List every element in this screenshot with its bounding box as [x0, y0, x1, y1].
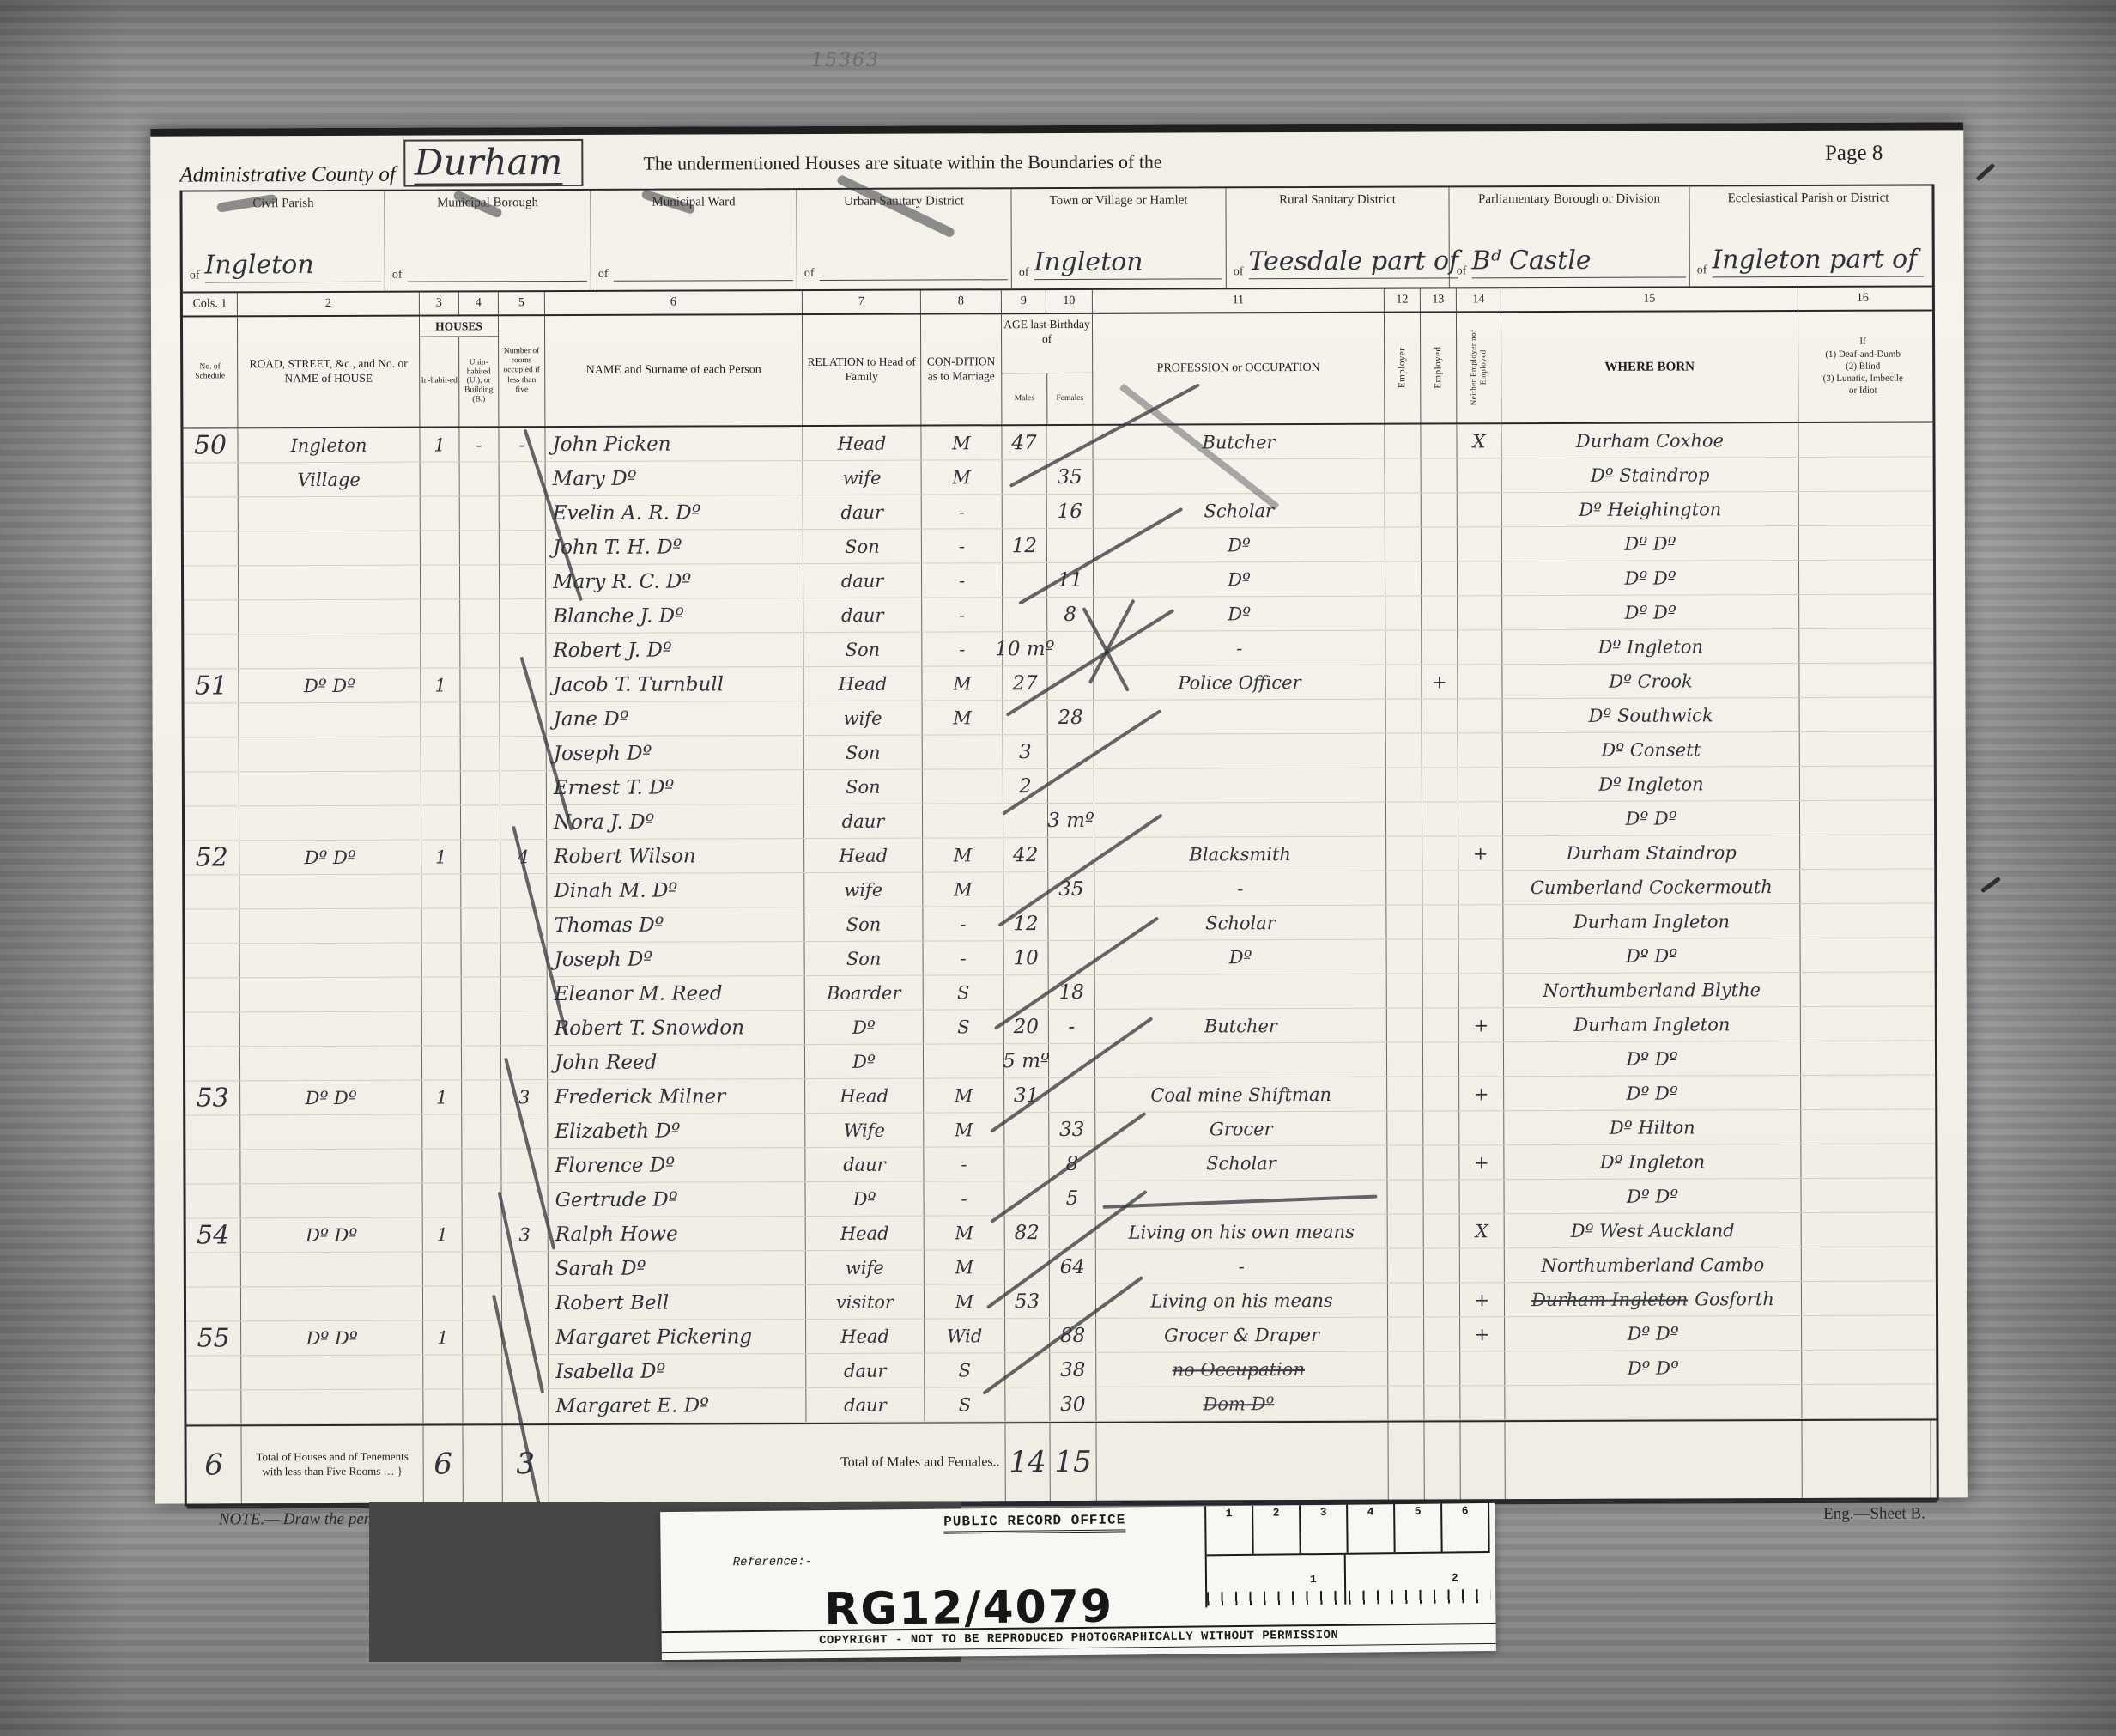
cell-name: Isabella Dº	[549, 1354, 806, 1388]
cell-employed	[1421, 424, 1457, 458]
cell-inhabited: 1	[421, 668, 460, 701]
cell-relation: Head	[805, 1079, 924, 1113]
table-row: Ernest T. Dº Son 2 Dº Ingleton	[185, 766, 1934, 806]
cell-inhabited: 1	[420, 428, 459, 461]
cell-condition: -	[922, 495, 1003, 528]
cell-employer	[1387, 1043, 1423, 1077]
cell-road	[239, 875, 421, 909]
cell-neither	[1458, 458, 1502, 492]
district-municipal-borough: Municipal Borough of	[385, 191, 591, 291]
cell-road	[239, 737, 421, 772]
cell-employed	[1423, 939, 1459, 973]
cell-neither	[1458, 561, 1502, 595]
cell-uninhabited	[461, 908, 500, 942]
cell-relation: wife	[803, 461, 922, 495]
cell-rooms	[501, 1149, 548, 1182]
header-infirmities: If (1) Deaf-and-Dumb (2) Blind (3) Lunat…	[1798, 311, 1927, 422]
cell-condition: M	[923, 838, 1003, 871]
cell-employed	[1422, 802, 1458, 835]
cell-where-born: Dº Dº	[1502, 561, 1799, 595]
cell-neither	[1459, 1111, 1504, 1144]
cell-employed	[1422, 905, 1458, 938]
cell-name: Ernest T. Dº	[547, 770, 804, 804]
cell-where-born: Dº Dº	[1505, 1316, 1802, 1351]
header-road: ROAD, STREET, &c., and No. or NAME of HO…	[238, 317, 420, 428]
cell-inhabited	[421, 599, 460, 633]
cell-employer	[1386, 734, 1422, 768]
cell-where-born	[1505, 1385, 1802, 1419]
cell-employed	[1424, 1351, 1460, 1385]
cell-where-born: Dº Hilton	[1504, 1110, 1801, 1144]
cell-employer	[1385, 597, 1422, 630]
form-head-row: Administrative County of Durham The unde…	[179, 134, 1934, 190]
cell-infirmity	[1798, 422, 1927, 457]
cell-relation: daur	[805, 1148, 924, 1181]
ruler-ticks	[1207, 1589, 1490, 1605]
cell-relation: Head	[806, 1217, 925, 1250]
cell-infirmity	[1800, 800, 1929, 835]
cell-infirmity	[1801, 1144, 1930, 1178]
cell-condition: -	[922, 529, 1003, 562]
cell-rooms: 3	[501, 1080, 548, 1114]
cell-inhabited	[423, 1252, 463, 1285]
district-label: Parliamentary Borough or Division	[1452, 191, 1685, 207]
cell-neither	[1458, 596, 1502, 629]
cell-uninhabited	[463, 1389, 502, 1423]
cell-inhabited	[423, 1286, 463, 1320]
cell-uninhabited	[460, 668, 500, 701]
cell-infirmity	[1799, 663, 1928, 697]
cell-employed	[1422, 836, 1458, 870]
cell-employed	[1422, 527, 1458, 561]
cell-road	[240, 978, 422, 1012]
cell-rooms	[502, 1389, 549, 1423]
cell-neither	[1458, 802, 1503, 835]
cell-where-born: Dº Dº	[1502, 526, 1799, 561]
cell-inhabited	[421, 874, 461, 907]
table-body: 50 Ingleton 1 - - John Picken Head M 47 …	[183, 422, 1936, 1424]
sheet-reference: Eng.—Sheet B.	[1823, 1504, 1925, 1523]
cell-condition: -	[922, 632, 1003, 665]
cell-condition: M	[924, 1078, 1004, 1112]
district-rural-sanitary: Rural Sanitary District ofTeesdale part …	[1226, 187, 1449, 288]
table-row: John T. H. Dº Son - 12 Dº Dº Dº	[184, 525, 1933, 566]
cell-schedule	[184, 531, 239, 565]
cell-condition: -	[924, 1181, 1004, 1215]
boundary-statement: The undermentioned Houses are situate wi…	[643, 137, 1161, 175]
cell-neither	[1458, 768, 1503, 801]
of-label: of	[804, 267, 815, 281]
cell-relation: Dº	[805, 1045, 924, 1078]
cell-condition: M	[922, 666, 1003, 700]
cell-relation: Dº	[805, 1011, 924, 1044]
cell-relation: Son	[805, 942, 924, 975]
header-employed: Employed	[1433, 347, 1445, 389]
cell-road: Ingleton	[238, 428, 420, 463]
cell-relation: daur	[803, 564, 922, 598]
cell-occupation: Police Officer	[1094, 665, 1385, 700]
cell-occupation: Butcher	[1093, 425, 1385, 459]
cell-road	[239, 600, 421, 634]
cell-employed	[1423, 1180, 1459, 1213]
cell-condition: -	[922, 598, 1003, 631]
cell-name: Margaret E. Dº	[549, 1388, 806, 1423]
cell-uninhabited	[460, 462, 500, 495]
cell-infirmity	[1800, 903, 1929, 938]
cell-where-born: Durham IngletonGosforth	[1505, 1282, 1802, 1316]
cell-employed: +	[1422, 665, 1458, 698]
cell-condition: M	[921, 426, 1002, 459]
cell-age-female	[1047, 632, 1094, 665]
cell-road: Dº Dº	[239, 841, 421, 875]
cell-occupation: -	[1094, 631, 1385, 665]
of-label: of	[598, 268, 609, 282]
district-civil-parish: Civil Parish ofIngleton	[182, 191, 385, 292]
cell-age-female: -	[1049, 1010, 1095, 1043]
cell-employer	[1387, 1009, 1423, 1042]
totals-row: 6 Total of Houses and of Tenements with …	[186, 1418, 1936, 1503]
header-houses-group: HOUSES In-habit-ed Unin-habited (U.), or…	[420, 316, 499, 426]
cell-uninhabited	[461, 737, 500, 770]
cell-road	[240, 1012, 422, 1047]
cell-where-born: Northumberland Cambo	[1505, 1247, 1802, 1282]
cell-schedule	[185, 1115, 240, 1149]
cell-where-born: Dº Dº	[1504, 1041, 1801, 1076]
reference-label: Reference:-	[733, 1555, 813, 1569]
header-inhabited: In-habit-ed	[420, 337, 459, 426]
table-row: Eleanor M. Reed Boarder S 18 Northumberl…	[185, 972, 1935, 1012]
of-label: of	[1457, 264, 1467, 278]
cell-where-born: Dº Crook	[1502, 664, 1799, 698]
header-rooms: Number of rooms occupied if less than fi…	[499, 316, 545, 426]
cell-uninhabited	[462, 1114, 501, 1148]
cell-infirmity	[1802, 1212, 1931, 1247]
cell-relation: Son	[804, 770, 923, 804]
table-row: 52 Dº Dº 1 4 Robert Wilson Head M 42 Bla…	[185, 835, 1934, 875]
cell-age-female	[1048, 769, 1094, 803]
record-office-stamp: PUBLIC RECORD OFFICE Reference:- RG12/40…	[660, 1503, 1496, 1660]
cell-road: Dº Dº	[241, 1218, 423, 1253]
cell-name: John Picken	[545, 427, 803, 461]
cell-uninhabited	[461, 702, 500, 736]
cell-schedule	[186, 1390, 241, 1423]
header-schedule: No. of Schedule	[183, 317, 238, 427]
district-label: Ecclesiastical Parish or District	[1693, 191, 1923, 206]
cell-employed	[1424, 1283, 1460, 1316]
cell-employer	[1386, 837, 1422, 871]
cell-uninhabited	[462, 977, 501, 1011]
cell-condition: -	[923, 907, 1003, 940]
cell-employer	[1386, 803, 1422, 836]
cell-age-female: 18	[1049, 975, 1095, 1009]
district-value: Ingleton	[1034, 249, 1222, 280]
header-occupation: PROFESSION or OCCUPATION	[1093, 313, 1385, 424]
table-row: Robert Bell visitor M 53 Living on his m…	[186, 1281, 1936, 1321]
cell-occupation: Dº	[1094, 597, 1385, 631]
cell-age-female: 88	[1050, 1319, 1096, 1352]
cell-relation: wife	[804, 873, 923, 907]
cell-age-male: 3	[1003, 735, 1048, 768]
cell-uninhabited	[461, 771, 500, 804]
cell-schedule	[185, 909, 239, 943]
totals-uninhabited	[463, 1425, 502, 1502]
cell-relation: Dº	[805, 1182, 924, 1216]
cell-employer	[1385, 459, 1422, 493]
district-value	[819, 250, 1007, 281]
cell-relation: Head	[803, 667, 922, 701]
cell-inhabited	[422, 1114, 462, 1148]
cell-schedule	[184, 497, 239, 531]
table-row: Dinah M. Dº wife M 35 - Cumberland Cocke…	[185, 869, 1934, 909]
cell-road	[239, 634, 421, 669]
cell-employed	[1422, 871, 1458, 904]
cell-occupation: Grocer & Draper	[1096, 1318, 1388, 1352]
cell-where-born: Dº Ingleton	[1504, 1144, 1801, 1179]
of-label: of	[1697, 264, 1707, 277]
cell-rooms	[500, 565, 546, 598]
cell-name: Robert J. Dº	[546, 633, 803, 667]
cell-name: Thomas Dº	[547, 907, 804, 942]
cell-rooms	[501, 977, 548, 1011]
cell-neither	[1460, 1386, 1505, 1419]
cell-name: Robert Bell	[549, 1285, 806, 1320]
cell-infirmity	[1800, 731, 1929, 766]
cell-condition: Wid	[925, 1319, 1005, 1352]
cell-age-male	[1004, 1147, 1049, 1181]
cell-where-born: Dº Dº	[1503, 801, 1800, 835]
cell-uninhabited	[462, 943, 501, 976]
cell-infirmity	[1802, 1384, 1931, 1418]
cell-where-born: Northumberland Blythe	[1504, 973, 1801, 1007]
cell-road	[240, 1150, 422, 1184]
cell-schedule	[184, 463, 239, 496]
cell-employer	[1387, 1112, 1423, 1145]
cell-neither	[1458, 493, 1502, 526]
cell-infirmity	[1802, 1281, 1931, 1315]
cell-age-male: 10	[1004, 941, 1049, 974]
cell-neither	[1458, 871, 1503, 904]
cell-name: Eleanor M. Reed	[548, 976, 805, 1011]
totals-houses-label: Total of Houses and of Tenements with le…	[241, 1426, 423, 1504]
cell-condition: M	[923, 701, 1003, 734]
cell-condition: M	[925, 1250, 1005, 1284]
cell-schedule: 54	[186, 1218, 241, 1252]
cell-where-born: Dº Dº	[1504, 938, 1801, 973]
table-row: Blanche J. Dº daur - 8 Dº Dº Dº	[184, 594, 1933, 634]
cell-employer	[1388, 1215, 1424, 1248]
cell-road: Dº Dº	[239, 669, 421, 703]
header-females: Females	[1047, 373, 1092, 424]
header-employer: Employer	[1397, 348, 1409, 388]
district-value: Bᵈ Castle	[1471, 247, 1685, 278]
cell-relation: Head	[804, 839, 923, 872]
cell-employer	[1385, 425, 1421, 458]
cell-neither: +	[1458, 836, 1503, 870]
table-header-row: No. of Schedule ROAD, STREET, &c., and N…	[183, 311, 1932, 428]
cell-uninhabited	[462, 1080, 501, 1114]
cell-schedule	[185, 875, 239, 908]
totals-males-females-label: Total of Males and Females..	[549, 1423, 1005, 1502]
district-header-row: Civil Parish ofIngleton Municipal Boroug…	[182, 185, 1931, 293]
cell-employed	[1422, 596, 1458, 629]
cell-name: Florence Dº	[548, 1148, 805, 1182]
cell-name: Margaret Pickering	[549, 1320, 806, 1354]
cell-employer	[1388, 1387, 1424, 1420]
cell-infirmity	[1799, 594, 1928, 628]
cell-name: John Reed	[548, 1045, 805, 1079]
cell-age-female: 30	[1050, 1387, 1096, 1421]
cell-relation: daur	[804, 804, 923, 838]
cell-road	[239, 497, 421, 531]
cell-uninhabited	[463, 1217, 502, 1251]
cell-employed	[1422, 561, 1458, 595]
cell-name: Frederick Milner	[548, 1079, 805, 1114]
cell-uninhabited	[460, 634, 500, 667]
totals-inhabited: 6	[423, 1425, 463, 1502]
cell-uninhabited	[462, 1011, 501, 1045]
cell-occupation: Scholar	[1094, 906, 1386, 940]
cell-employer	[1388, 1352, 1424, 1386]
cell-employer	[1385, 562, 1422, 596]
copyright-notice: COPYRIGHT - NOT TO BE REPRODUCED PHOTOGR…	[662, 1623, 1496, 1653]
cell-relation: Son	[803, 530, 922, 563]
cell-uninhabited	[461, 805, 500, 839]
cell-age-male: 12	[1003, 529, 1047, 562]
cell-neither: +	[1459, 1008, 1504, 1041]
cell-employed	[1423, 1077, 1459, 1110]
cell-age-female: 5	[1049, 1181, 1095, 1215]
cell-schedule: 52	[185, 841, 239, 874]
cell-age-female	[1048, 735, 1094, 768]
cell-road	[239, 703, 421, 737]
cell-employed	[1422, 699, 1458, 732]
cell-age-male: 47	[1002, 426, 1046, 459]
cell-inhabited	[421, 737, 461, 770]
cell-inhabited	[421, 462, 460, 495]
cell-relation: daur	[806, 1354, 925, 1387]
district-value	[613, 251, 792, 282]
cell-schedule	[185, 772, 239, 805]
cell-employer	[1386, 871, 1422, 905]
cell-infirmity	[1802, 1350, 1931, 1384]
cell-name: Mary Dº	[546, 461, 803, 495]
cell-neither	[1459, 939, 1504, 973]
cell-occupation: Dº	[1095, 940, 1387, 974]
cell-age-female: 3 mº	[1048, 804, 1094, 837]
cell-neither	[1460, 1248, 1505, 1282]
cell-rooms	[500, 531, 546, 564]
cell-age-female	[1048, 907, 1094, 940]
table-row: Joseph Dº Son - 10 Dº Dº Dº	[185, 938, 1935, 978]
cell-employer	[1387, 1181, 1423, 1214]
cell-infirmity	[1800, 835, 1929, 869]
cell-employer	[1385, 665, 1422, 699]
cell-schedule	[184, 600, 239, 634]
cell-inhabited	[422, 943, 462, 976]
cell-road	[241, 1356, 423, 1390]
cell-condition: M	[923, 872, 1003, 906]
cell-employed	[1423, 1145, 1459, 1179]
cell-occupation: Scholar	[1094, 494, 1385, 528]
cell-age-female	[1047, 529, 1094, 562]
district-value	[407, 252, 586, 282]
cell-relation: daur	[803, 598, 922, 632]
cell-occupation: Living on his own means	[1096, 1215, 1388, 1249]
cell-condition: -	[924, 941, 1004, 974]
cell-employer	[1388, 1249, 1424, 1283]
cell-where-born: Dº Ingleton	[1502, 629, 1799, 664]
cell-where-born: Durham Coxhoe	[1501, 423, 1798, 458]
cell-occupation: no Occupation	[1096, 1352, 1388, 1387]
totals-females: 15	[1050, 1423, 1096, 1501]
census-form-sheet: Administrative County of Durham The unde…	[150, 122, 1968, 1503]
cell-age-male	[1005, 1387, 1050, 1421]
cell-name: Jane Dº	[547, 701, 804, 736]
cell-road	[241, 1390, 423, 1424]
district-municipal-ward: Municipal Ward of	[591, 190, 797, 290]
cell-uninhabited	[460, 565, 500, 598]
cell-uninhabited	[462, 1149, 501, 1182]
cell-age-female: 35	[1047, 460, 1094, 494]
cell-schedule: 51	[184, 669, 239, 702]
cell-infirmity	[1801, 972, 1930, 1006]
cell-inhabited	[422, 1011, 462, 1045]
cell-name: Nora J. Dº	[547, 804, 804, 839]
of-label: of	[190, 269, 200, 282]
cell-infirmity	[1802, 1247, 1931, 1281]
cell-schedule	[185, 737, 239, 771]
cell-infirmity	[1800, 869, 1929, 903]
cell-condition: S	[925, 1353, 1005, 1387]
cell-name: Robert T. Snowdon	[548, 1011, 805, 1045]
cell-schedule	[185, 978, 240, 1011]
cell-road	[239, 909, 421, 944]
cell-employer	[1388, 1318, 1424, 1351]
cell-schedule	[185, 944, 240, 977]
cell-condition: -	[922, 563, 1003, 597]
table-row: Joseph Dº Son 3 Dº Consett	[185, 731, 1934, 772]
cell-neither	[1458, 733, 1503, 767]
header-relation: RELATION to Head of Family	[803, 315, 921, 425]
edge-mark	[1980, 877, 2001, 893]
cell-infirmity	[1799, 457, 1928, 491]
ruler-cm-row: 12 34 56	[1206, 1503, 1490, 1556]
cell-rooms	[500, 496, 546, 530]
cell-inhabited	[421, 771, 461, 804]
cell-employer	[1388, 1284, 1424, 1317]
cell-infirmity	[1801, 1178, 1930, 1212]
ruler-inch-row: 1 2	[1207, 1553, 1491, 1605]
table-row: Margaret E. Dº daur S 30 Dom Dº	[186, 1384, 1936, 1424]
cell-employer	[1385, 528, 1422, 561]
cell-schedule	[186, 1287, 241, 1320]
cell-condition: S	[924, 1010, 1004, 1043]
cell-relation: wife	[806, 1251, 925, 1284]
cell-name: Mary R. C. Dº	[546, 564, 803, 598]
cell-condition: M	[922, 460, 1003, 494]
district-label: Civil Parish	[185, 197, 380, 212]
cell-schedule	[185, 806, 239, 840]
cell-neither	[1458, 630, 1502, 664]
cell-where-born: Dº Heighington	[1502, 492, 1799, 526]
cell-employed	[1423, 1008, 1459, 1041]
cell-neither: X	[1457, 424, 1501, 458]
ruler-scale: 12 34 56 1 2	[1204, 1503, 1490, 1607]
cell-employed	[1424, 1214, 1460, 1247]
cell-where-born: Durham Ingleton	[1504, 1007, 1801, 1041]
cell-neither	[1458, 905, 1503, 938]
cell-inhabited	[421, 908, 461, 942]
